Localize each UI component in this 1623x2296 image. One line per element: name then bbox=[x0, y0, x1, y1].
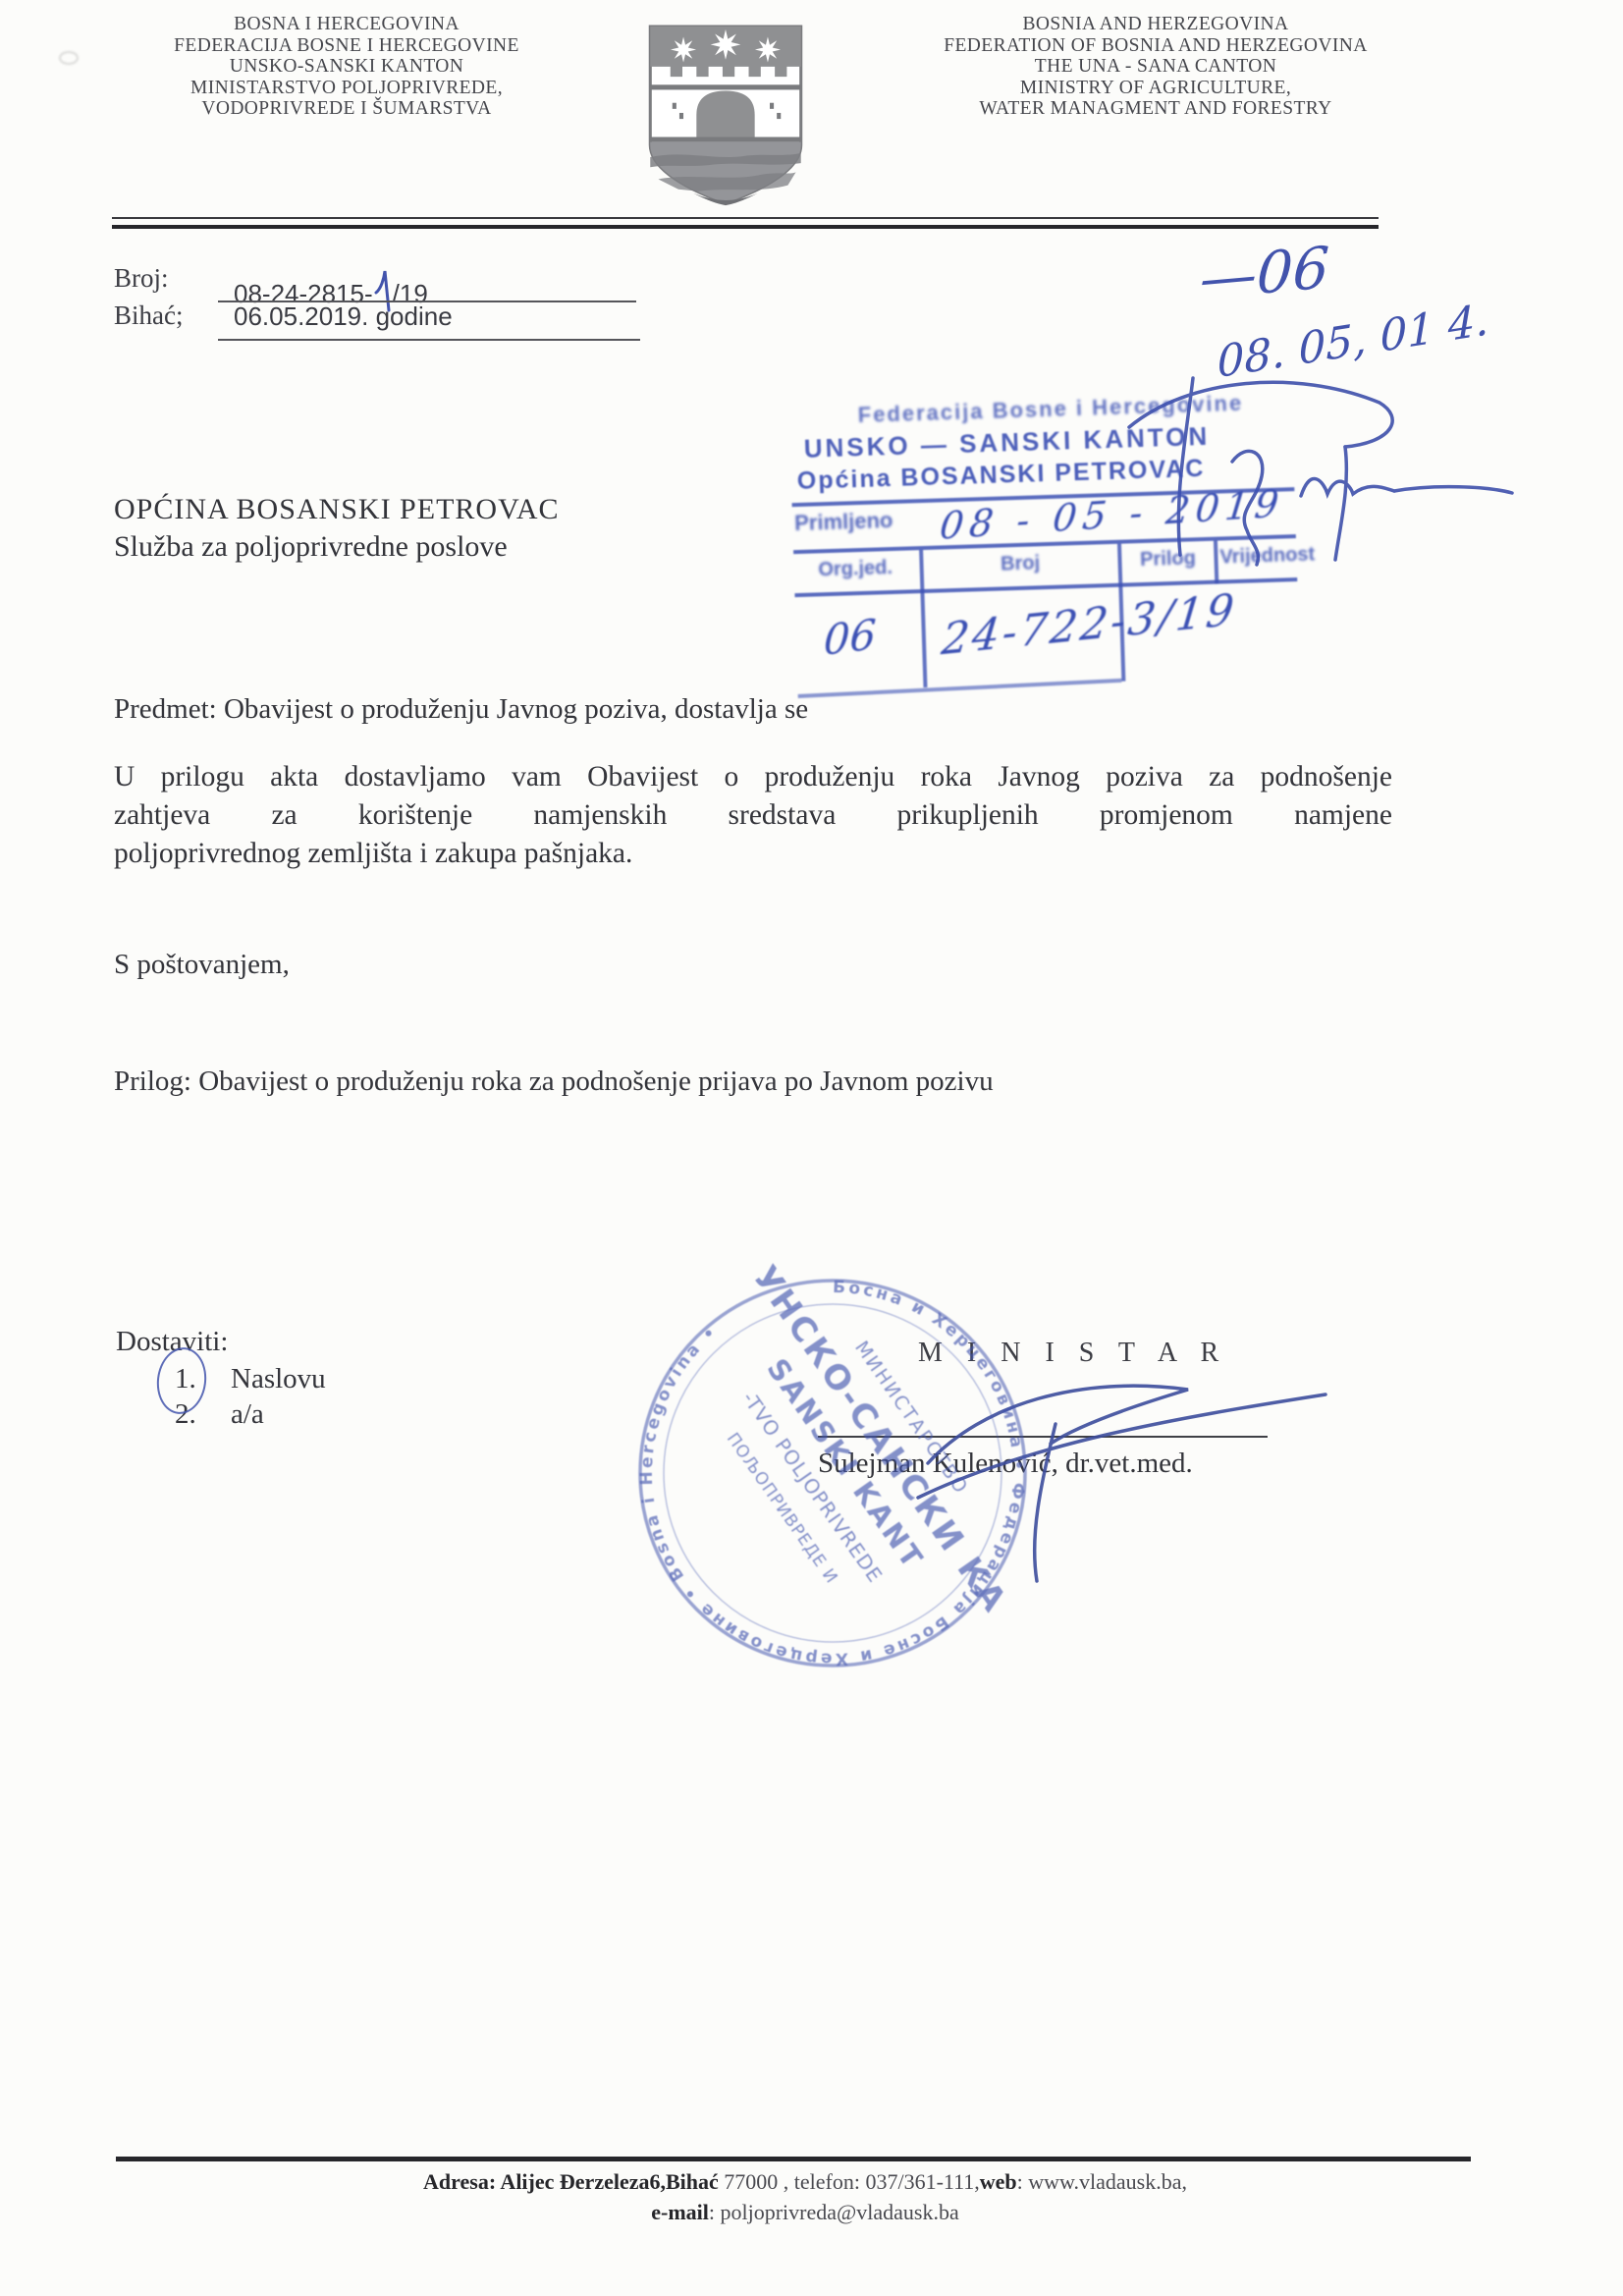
scan-smudge bbox=[59, 51, 79, 65]
stamp-col-prilog: Prilog bbox=[1123, 547, 1213, 573]
stamp-col-vrijednost: Vrijednost bbox=[1219, 544, 1297, 569]
header-right-line: THE UNA - SANA CANTON bbox=[887, 56, 1425, 78]
header-left-line: UNSKO-SANSKI KANTON bbox=[86, 56, 607, 78]
header-left-line: VODOPRIVREDE I ŠUMARSTVA bbox=[86, 98, 607, 120]
header-rule-thin bbox=[112, 217, 1379, 219]
footer: Adresa: Alijec Đerzeleza6,Bihać 77000 , … bbox=[245, 2166, 1365, 2227]
stamp-col-org: Org.jed. bbox=[793, 556, 917, 582]
stamp-value-broj: 24-722-3/19 bbox=[940, 584, 1240, 665]
attachment-line: Prilog: Obavijest o produženju roka za p… bbox=[114, 1066, 994, 1098]
distribution-item-1-text: Naslovu bbox=[231, 1363, 326, 1394]
subject-line: Predmet: Obavijest o produženju Javnog p… bbox=[114, 693, 808, 726]
bihac-label: Bihać; bbox=[114, 301, 183, 331]
broj-label: Broj: bbox=[114, 263, 169, 294]
header-right-line: BOSNIA AND HERZEGOVINA bbox=[887, 14, 1425, 35]
header-left-org: BOSNA I HERCEGOVINA FEDERACIJA BOSNE I H… bbox=[86, 14, 607, 120]
distribution-item-2-text: a/a bbox=[231, 1398, 264, 1430]
body-line: U prilogu akta dostavljamo vam Obavijest… bbox=[114, 758, 1392, 796]
header-right-org: BOSNIA AND HERZEGOVINA FEDERATION OF BOS… bbox=[887, 14, 1425, 120]
footer-email-address: : poljoprivreda@vladausk.ba bbox=[709, 2200, 959, 2224]
header-left-line: FEDERACIJA BOSNE I HERCEGOVINE bbox=[86, 35, 607, 57]
header-right-line: FEDERATION OF BOSNIA AND HERZEGOVINA bbox=[887, 35, 1425, 57]
date-value: 06.05.2019. godine bbox=[234, 301, 453, 332]
recipient-line1: OPĆINA BOSANSKI PETROVAC bbox=[114, 493, 560, 526]
footer-rule bbox=[116, 2157, 1471, 2161]
body-line: zahtjeva za korištenje namjenskih sredst… bbox=[114, 796, 1392, 835]
received-stamp: Federacija Bosne i Hercegovine UNSKO — S… bbox=[788, 385, 1308, 705]
footer-email-bold: e-mail bbox=[651, 2200, 709, 2224]
body-paragraph: U prilogu akta dostavljamo vam Obavijest… bbox=[114, 758, 1392, 873]
header-left-line: MINISTARSTVO POLJOPRIVREDE, bbox=[86, 78, 607, 99]
stamp-rule bbox=[798, 679, 1122, 698]
header-rule-thick bbox=[112, 225, 1379, 229]
stamp-value-org: 06 bbox=[823, 610, 878, 665]
footer-line-1: Adresa: Alijec Đerzeleza6,Bihać 77000 , … bbox=[245, 2166, 1365, 2197]
date-underline bbox=[218, 339, 640, 341]
header-left-line: BOSNA I HERCEGOVINA bbox=[86, 14, 607, 35]
round-stamp: Босна и Херцеговина • Федерација Босне и… bbox=[617, 1257, 1049, 1689]
footer-web-bold: web bbox=[980, 2169, 1017, 2194]
header-right-line: MINISTRY OF AGRICULTURE, bbox=[887, 78, 1425, 99]
closing-line: S poštovanjem, bbox=[114, 949, 290, 981]
scanned-letter-page: BOSNA I HERCEGOVINA FEDERACIJA BOSNE I H… bbox=[0, 0, 1623, 2296]
footer-phone: 77000 , telefon: 037/361-111, bbox=[724, 2169, 980, 2194]
footer-address-bold: Adresa: Alijec Đerzeleza6,Bihać bbox=[423, 2169, 724, 2194]
stamp-col-broj: Broj bbox=[924, 550, 1116, 578]
body-line: poljoprivrednog zemljišta i zakupa pašnj… bbox=[114, 835, 1392, 873]
footer-line-2: e-mail: poljoprivreda@vladausk.ba bbox=[245, 2197, 1365, 2227]
stamp-divider bbox=[1214, 541, 1218, 584]
footer-web-url: : www.vladausk.ba, bbox=[1017, 2169, 1187, 2194]
coat-of-arms-icon bbox=[638, 16, 813, 219]
recipient-line2: Služba za poljoprivredne poslove bbox=[114, 530, 508, 564]
primljeno-label: Primljeno bbox=[794, 507, 913, 536]
header-right-line: WATER MANAGMENT AND FORESTRY bbox=[887, 98, 1425, 120]
